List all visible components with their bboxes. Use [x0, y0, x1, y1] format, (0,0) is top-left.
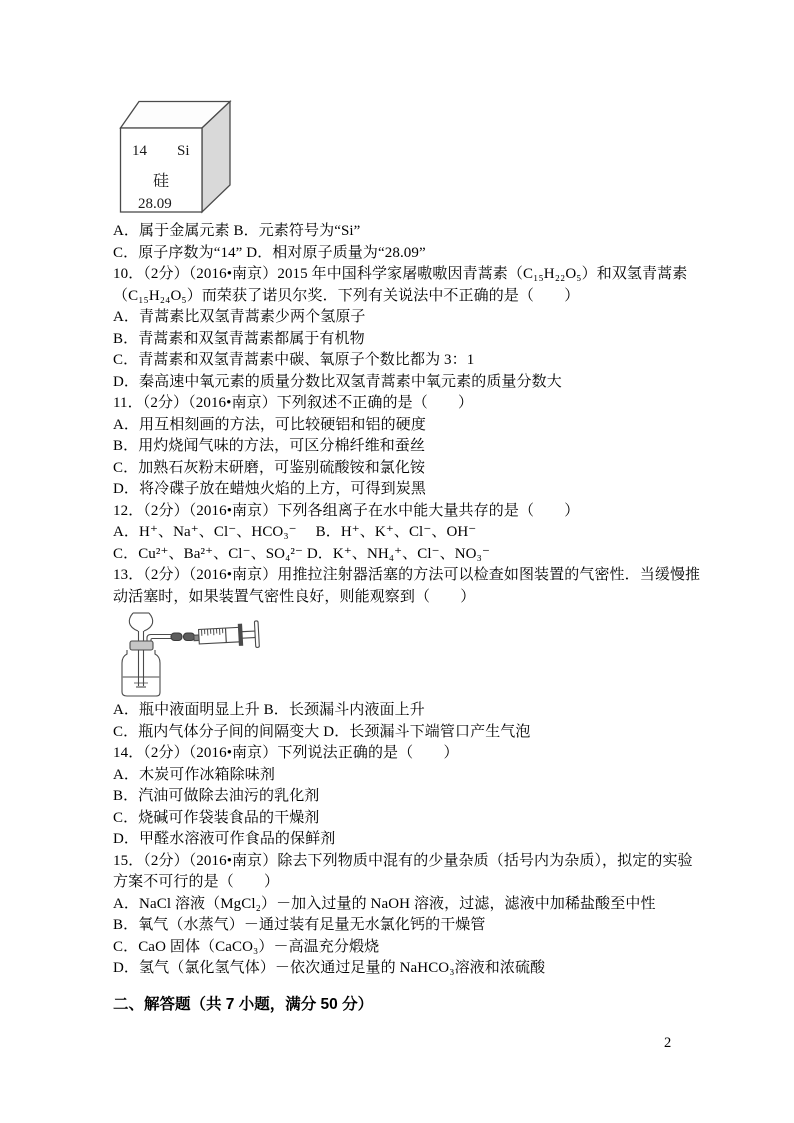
q11-option-c: C．加熟石灰粉末研磨，可鉴别硫酸铵和氯化铵 [113, 458, 713, 480]
q15-option-b: B．氧气（水蒸气）－通过装有足量无水氯化钙的干燥管 [113, 915, 713, 937]
element-symbol-label: Si [177, 143, 190, 159]
syringe-plunger-rod [242, 631, 255, 638]
rubber-stopper [130, 641, 153, 650]
q14-option-a: A．木炭可作冰箱除味剂 [113, 765, 713, 787]
q13-stem-line2: 动活塞时，如果装置气密性良好，则能观察到（ ） [113, 587, 713, 609]
q11-option-a: A．用互相刻画的方法，可比较硬铝和铝的硬度 [113, 415, 713, 437]
q14-option-b: B．汽油可做除去油污的乳化剂 [113, 786, 713, 808]
delivery-tube-bottom [151, 639, 171, 642]
silicon-element-cube-figure: 14 Si 硅 28.09 [119, 99, 233, 214]
atomic-mass-label: 28.09 [138, 196, 172, 212]
funnel-bulb-left [129, 613, 138, 631]
q10-option-a: A．青蒿素比双氢青蒿素少两个氢原子 [113, 307, 713, 329]
section-2-heading: 二、解答题（共 7 小题，满分 50 分） [113, 994, 713, 1016]
q9-options-ab: A．属于金属元素 B．元素符号为“Si” [113, 221, 713, 243]
q14-option-c: C．烧碱可作袋装食品的干燥剂 [113, 808, 713, 830]
q14-option-d: D．甲醛水溶液可作食品的保鲜剂 [113, 829, 713, 851]
q15-stem-line2: 方案不可行的是（ ） [113, 872, 713, 894]
q10-stem-line2: （C₁₅H₂₄O₅）而荣获了诺贝尔奖．下列有关说法中不正确的是（ ） [113, 286, 713, 308]
q10-option-b: B．青蒿素和双氢青蒿素都属于有机物 [113, 329, 713, 351]
page-number: 2 [664, 1035, 671, 1052]
q12-stem: 12．（2分）（2016•南京）下列各组离子在水中能大量共存的是（ ） [113, 501, 713, 523]
syringe [193, 621, 259, 651]
q9-options-cd: C．原子序数为“14” D．相对原子质量为“28.09” [113, 243, 713, 265]
q12-options-ab: A．H⁺、Na⁺、Cl⁻、HCO₃⁻ B．H⁺、K⁺、Cl⁻、OH⁻ [113, 522, 713, 544]
q15-option-a: A．NaCl 溶液（MgCl₂）－加入过量的 NaOH 溶液，过滤，滤液中加稀盐… [113, 894, 713, 916]
q10-option-c: C．青蒿素和双氢青蒿素中碳、氧原子个数比都为 3：1 [113, 350, 713, 372]
q11-option-b: B．用灼烧闻气味的方法，可区分棉纤维和蚕丝 [113, 436, 713, 458]
q15-option-d: D．氢气（氯化氢气体）－依次通过足量的 NaHCO₃溶液和浓硫酸 [113, 958, 713, 980]
q15-stem-line1: 15．（2分）（2016•南京）除去下列物质中混有的少量杂质（括号内为杂质），拟… [113, 851, 713, 873]
rubber-tubing-segment-1 [171, 633, 182, 641]
q13-options-ab: A．瓶中液面明显上升 B．长颈漏斗内液面上升 [113, 700, 713, 722]
q15-option-c: C．CaO 固体（CaCO₃）－高温充分煅烧 [113, 937, 713, 959]
q13-stem-line1: 13．（2分）（2016•南京）用推拉注射器活塞的方法可以检查如图装置的气密性．… [113, 565, 713, 587]
q11-option-d: D．将冷碟子放在蜡烛火焰的上方，可得到炭黑 [113, 479, 713, 501]
element-name-label: 硅 [153, 172, 169, 190]
syringe-plunger-handle [254, 621, 259, 648]
bottle-outline [122, 650, 160, 696]
q10-stem-line1: 10．（2分）（2016•南京）2015 年中国科学家屠嗷嗷因青蒿素（C₁₅H₂… [113, 264, 713, 286]
atomic-number-label: 14 [132, 143, 148, 159]
q10-option-d: D．秦高速中氧元素的质量分数比双氢青蒿素中氧元素的质量分数大 [113, 372, 713, 394]
funnel-bulb-right [144, 613, 153, 631]
q11-stem: 11．（2分）（2016•南京）下列叙述不正确的是（ ） [113, 393, 713, 415]
q14-stem: 14．（2分）（2016•南京）下列说法正确的是（ ） [113, 743, 713, 765]
q13-options-cd: C．瓶内气体分子间的间隔变大 D．长颈漏斗下端管口产生气泡 [113, 722, 713, 744]
airtightness-apparatus-figure [114, 610, 262, 698]
syringe-plunger-seal [226, 629, 227, 643]
q12-options-cd: C．Cu²⁺、Ba²⁺、Cl⁻、SO₄²⁻ D．K⁺、NH₄⁺、Cl⁻、NO₃⁻ [113, 544, 713, 566]
document-page: 14 Si 硅 28.09 A．属于金属元素 B．元素符号为“Si” C．原子序… [113, 99, 713, 1016]
rubber-tubing-segment-2 [184, 633, 195, 641]
